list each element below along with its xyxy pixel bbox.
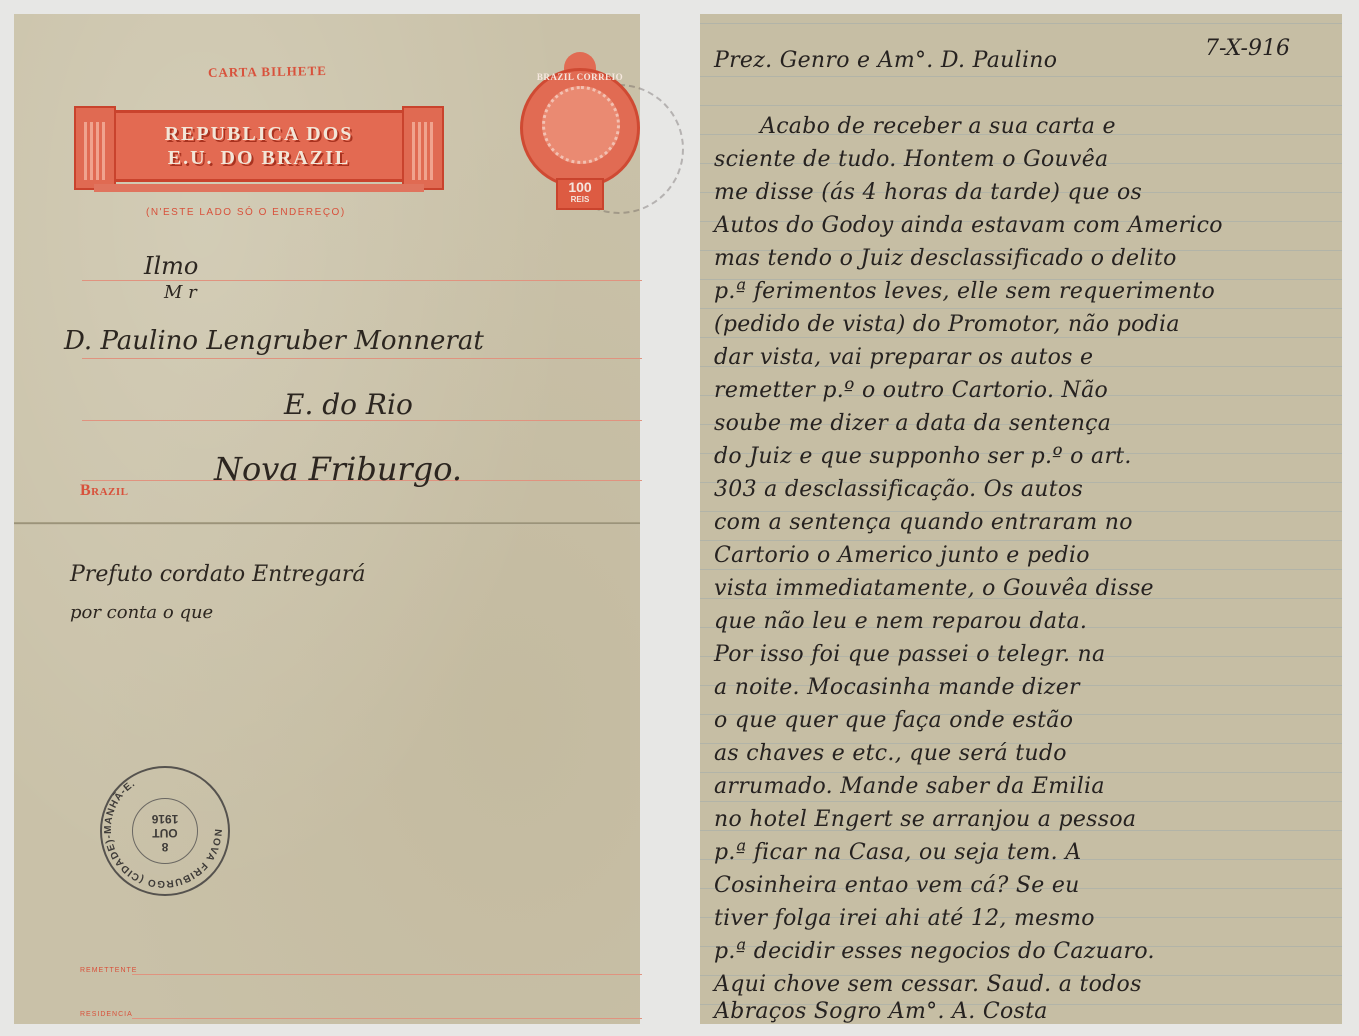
imprint-heading: Carta Bilhete (208, 63, 327, 81)
perforation-left (697, 14, 703, 1024)
letter-line: as chaves e etc., que será tudo (714, 741, 1067, 766)
letter-line: mas tendo o Juiz desclassificado o delit… (714, 246, 1177, 271)
postmark-date: 8 OUT 1916 (132, 812, 198, 854)
letter-line: (pedido de vista) do Promotor, não podia (714, 312, 1180, 337)
letter-line: com a sentença quando entraram no (714, 510, 1133, 535)
pillar-ornament-icon (402, 106, 444, 190)
postmark-month: OUT (132, 826, 198, 840)
banner-line-2: E.U. DO BRAZIL (168, 146, 350, 170)
perforation-bottom (14, 1021, 640, 1027)
pillar-ornament-icon (74, 106, 116, 190)
recipient-name: D. Paulino Lengruber Monnerat (64, 326, 484, 356)
country-label: Brazil (80, 482, 129, 500)
inner-note-line-1: Prefuto cordato Entregará (70, 562, 366, 587)
letter-line: arrumado. Mande saber da Emilia (714, 774, 1105, 799)
postmark: NOVA FRIBURGO (CIDADE)-MANHÃ-E. 8 OUT 19… (100, 766, 230, 896)
letter-line: do Juiz e que supponho ser p.º o art. (714, 444, 1132, 469)
letter-line: dar vista, vai preparar os autos e (714, 345, 1093, 370)
sender-label: REMETTENTE (80, 967, 137, 974)
letter-card-message-side: 7-X-916 Prez. Genro e Am°. D. Paulino Ac… (700, 14, 1342, 1024)
letter-line: 303 a desclassificação. Os autos (714, 477, 1083, 502)
letter-date: 7-X-916 (1205, 36, 1290, 61)
letter-line: remetter p.º o outro Cartorio. Não (714, 378, 1108, 403)
perforation-left (11, 14, 17, 1024)
republic-banner: REPUBLICA DOS E.U. DO BRAZIL (74, 106, 444, 198)
address-title: M r (164, 282, 197, 303)
stamp-legend: BRAZIL CORREIO (532, 72, 628, 82)
postmark-year: 1916 (132, 812, 198, 826)
residence-label: RESIDENCIA (80, 1011, 133, 1018)
letter-line: p.ª ferimentos leves, elle sem requerime… (714, 279, 1215, 304)
banner-line-1: REPUBLICA DOS (165, 122, 354, 146)
letter-line: p.ª ficar na Casa, ou seja tem. A (714, 840, 1081, 865)
letter-line: Autos do Godoy ainda estavam com Americo (714, 213, 1223, 238)
letter-line: soube me dizer a data da sentença (714, 411, 1111, 436)
recipient-city: Nova Friburgo. (214, 450, 462, 488)
letter-line: vista immediatamente, o Gouvêa disse (714, 576, 1154, 601)
letter-greeting: Prez. Genro e Am°. D. Paulino (714, 48, 1057, 73)
address-line (82, 280, 642, 281)
letter-line: Por isso foi que passei o telegr. na (714, 642, 1105, 667)
letter-line: Cosinheira entao vem cá? Se eu (714, 873, 1080, 898)
letter-line: Aqui chove sem cessar. Saud. a todos (714, 972, 1142, 997)
letter-line: o que quer que faça onde estão (714, 708, 1073, 733)
perforation-top (14, 11, 640, 17)
postmark-day: 8 (132, 840, 198, 854)
sender-line (132, 974, 642, 975)
banner-plate: REPUBLICA DOS E.U. DO BRAZIL (116, 110, 402, 182)
portrait-icon (542, 86, 620, 164)
letter-signature: Abraços Sogro Am°. A. Costa (714, 999, 1048, 1024)
address-side-note: (N'ESTE LADO SÓ O ENDEREÇO) (146, 207, 346, 218)
fold-line (14, 522, 640, 525)
letter-card-address-side: Carta Bilhete REPUBLICA DOS E.U. DO BRAZ… (14, 14, 640, 1024)
letter-line: que não leu e nem reparou data. (714, 609, 1087, 634)
postage-stamp: BRAZIL CORREIO 100 REIS (514, 44, 646, 214)
letter-line: Cartorio o Americo junto e pedio (714, 543, 1090, 568)
residence-line (132, 1018, 642, 1019)
recipient-state: E. do Rio (284, 388, 413, 421)
stamp-currency: REIS (558, 195, 602, 205)
letter-line: me disse (ás 4 horas da tarde) que os (714, 180, 1142, 205)
letter-line: tiver folga irei ahi até 12, mesmo (714, 906, 1095, 931)
banner-base (94, 184, 424, 192)
stamp-value-box: 100 REIS (556, 178, 604, 210)
inner-note-line-2: por conta o que (70, 602, 213, 623)
perforation-right (1339, 14, 1345, 1024)
letter-line: no hotel Engert se arranjou a pessoa (714, 807, 1136, 832)
letter-line: sciente de tudo. Hontem o Gouvêa (714, 147, 1108, 172)
letter-line: a noite. Mocasinha mande dizer (714, 675, 1080, 700)
letter-line: Acabo de receber a sua carta e (760, 114, 1116, 139)
letter-line: p.ª decidir esses negocios do Cazuaro. (714, 939, 1155, 964)
stamp-value: 100 (558, 180, 602, 195)
perforation-top (700, 11, 1342, 17)
address-salutation: Ilmo (144, 252, 198, 280)
address-line (82, 358, 642, 359)
